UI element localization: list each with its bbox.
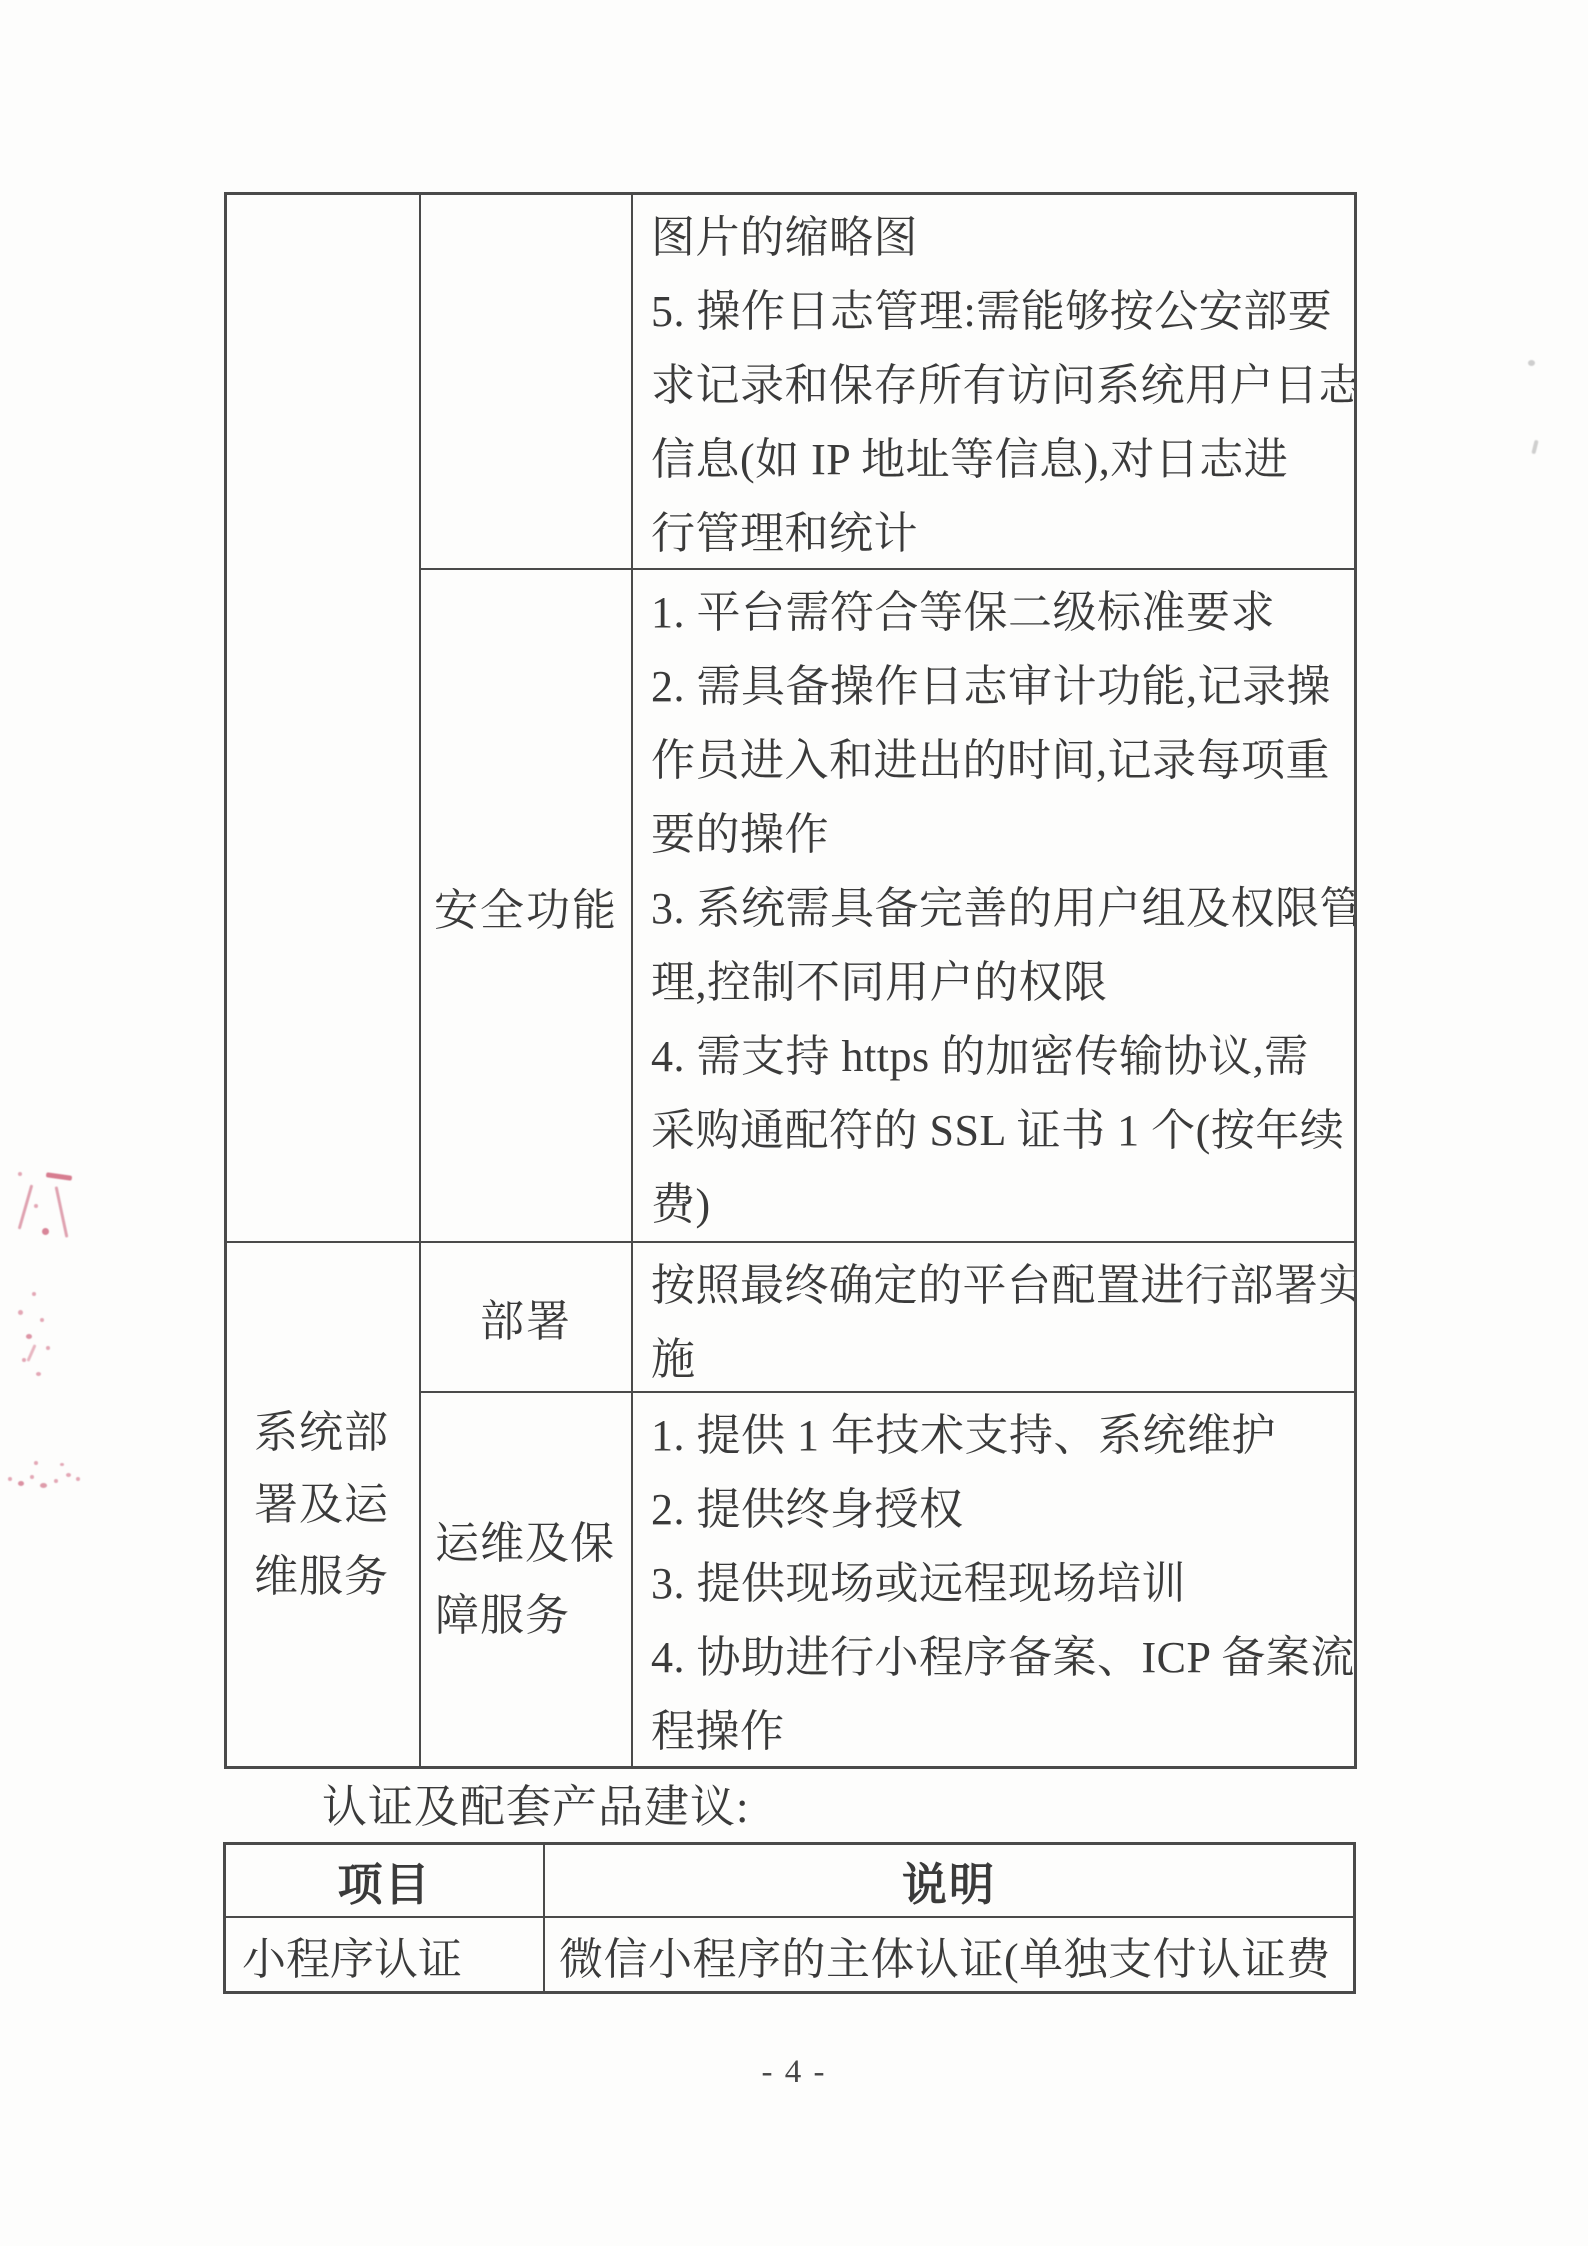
- text-line: 施: [651, 1323, 1344, 1393]
- text-line: 程操作: [651, 1695, 1344, 1766]
- section-cell-empty: [227, 195, 421, 1243]
- text-line: 作员进入和进出的时间,记录每项重: [651, 724, 1344, 798]
- ops-label-cell: 运维及保 障服务: [421, 1393, 633, 1766]
- text-line: 采购通配符的 SSL 证书 1 个(按年续: [651, 1094, 1344, 1168]
- item-label: 小程序认证: [242, 1923, 462, 1987]
- requirements-table: 图片的缩略图 5. 操作日志管理:需能够按公安部要 求记录和保存所有访问系统用户…: [224, 192, 1357, 1769]
- table-row-description-cell: 微信小程序的主体认证(单独支付认证费: [545, 1918, 1353, 1991]
- page-number: - 4 -: [0, 2054, 1588, 2091]
- text-line: 系统部: [254, 1397, 419, 1469]
- scan-speck: [1531, 440, 1538, 455]
- text-line: 维服务: [254, 1541, 419, 1613]
- text-line: 理,控制不同用户的权限: [651, 946, 1344, 1020]
- description-text: 微信小程序的主体认证(单独支付认证费: [559, 1923, 1331, 1987]
- header-label: 项目: [337, 1848, 431, 1913]
- text-line: 3. 系统需具备完善的用户组及权限管: [651, 872, 1344, 946]
- deploy-label-cell: 部署: [421, 1243, 633, 1393]
- deploy-cell: 按照最终确定的平台配置进行部署实 施: [633, 1243, 1354, 1393]
- column-header-description: 说明: [545, 1845, 1353, 1918]
- stamp-artifact: [10, 1288, 70, 1388]
- text-line: 运维及保: [435, 1508, 631, 1580]
- log-management-cell: 图片的缩略图 5. 操作日志管理:需能够按公安部要 求记录和保存所有访问系统用户…: [633, 195, 1354, 570]
- column-header-item: 项目: [226, 1845, 545, 1918]
- text-line: 3. 提供现场或远程现场培训: [651, 1547, 1344, 1621]
- text-line: 4. 协助进行小程序备案、ICP 备案流: [651, 1621, 1344, 1695]
- text-line: 按照最终确定的平台配置进行部署实: [651, 1249, 1344, 1323]
- security-function-label: 安全功能: [434, 874, 618, 938]
- text-line: 求记录和保存所有访问系统用户日志: [651, 349, 1344, 423]
- text-line: 1. 平台需符合等保二级标准要求: [651, 576, 1344, 650]
- table-row-item-cell: 小程序认证: [226, 1918, 545, 1991]
- text-line: 行管理和统计: [651, 497, 1344, 570]
- scan-speck: [1528, 360, 1535, 366]
- stamp-artifact: [4, 1455, 89, 1495]
- section-heading: 认证及配套产品建议:: [322, 1779, 750, 1835]
- function-cell-empty: [421, 195, 633, 570]
- products-table: 项目 说明 小程序认证 微信小程序的主体认证(单独支付认证费: [223, 1842, 1356, 1994]
- section-label-cell: 系统部 署及运 维服务: [227, 1243, 421, 1766]
- text-line: 障服务: [435, 1580, 631, 1652]
- text-line: 图片的缩略图: [651, 201, 1344, 275]
- security-function-label-cell: 安全功能: [421, 570, 633, 1243]
- ops-cell: 1. 提供 1 年技术支持、系统维护 2. 提供终身授权 3. 提供现场或远程现…: [633, 1393, 1354, 1766]
- header-label: 说明: [902, 1848, 996, 1913]
- text-line: 信息(如 IP 地址等信息),对日志进: [651, 423, 1344, 497]
- security-function-cell: 1. 平台需符合等保二级标准要求 2. 需具备操作日志审计功能,记录操 作员进入…: [633, 570, 1354, 1243]
- text-line: 5. 操作日志管理:需能够按公安部要: [651, 275, 1344, 349]
- deploy-label: 部署: [480, 1285, 572, 1349]
- scanned-document-page: 图片的缩略图 5. 操作日志管理:需能够按公安部要 求记录和保存所有访问系统用户…: [0, 0, 1588, 2246]
- text-line: 2. 需具备操作日志审计功能,记录操: [651, 650, 1344, 724]
- stamp-artifact: [12, 1170, 82, 1260]
- text-line: 署及运: [254, 1469, 419, 1541]
- text-line: 1. 提供 1 年技术支持、系统维护: [651, 1399, 1344, 1473]
- text-line: 2. 提供终身授权: [651, 1473, 1344, 1547]
- text-line: 4. 需支持 https 的加密传输协议,需: [651, 1020, 1344, 1094]
- text-line: 费): [651, 1168, 1344, 1242]
- text-line: 要的操作: [651, 798, 1344, 872]
